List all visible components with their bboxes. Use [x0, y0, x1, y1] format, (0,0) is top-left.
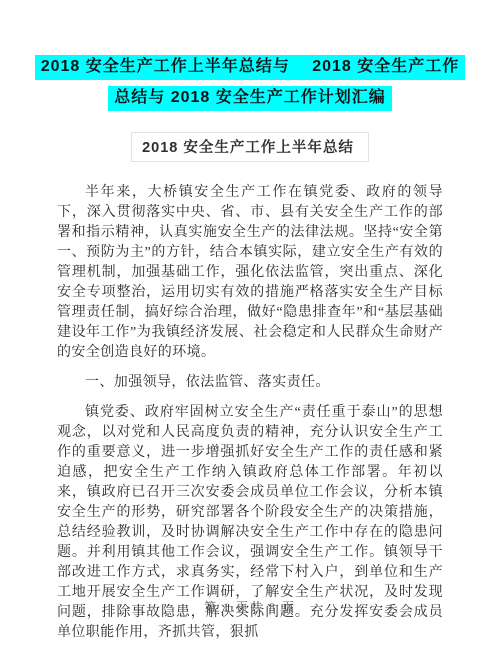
- document-body: 半年来，大桥镇安全生产工作在镇党委、政府的领导下，深入贯彻落实中央、省、市、县有…: [0, 183, 500, 643]
- title-line-2: 总结与 2018 安全生产工作计划汇编: [0, 86, 500, 111]
- page-footer: 第 1 页共 8 页: [0, 598, 500, 615]
- title-line-1: 2018 安全生产工作上半年总结与 2018 安全生产工作: [0, 55, 500, 80]
- document-subtitle: 2018 安全生产工作上半年总结: [131, 132, 369, 162]
- subtitle-row: 2018 安全生产工作上半年总结: [0, 132, 500, 162]
- paragraph-intro: 半年来，大桥镇安全生产工作在镇党委、政府的领导下，深入贯彻落实中央、省、市、县有…: [57, 183, 443, 363]
- page-number-label: 第 1 页共 8 页: [204, 600, 296, 614]
- title-line-1-highlight: 2018 安全生产工作上半年总结与 2018 安全生产工作: [35, 55, 466, 80]
- document-title: 2018 安全生产工作上半年总结与 2018 安全生产工作 总结与 2018 安…: [0, 55, 500, 111]
- title-line-2-highlight: 总结与 2018 安全生产工作计划汇编: [108, 86, 392, 111]
- paragraph-section-heading: 一、加强领导，依法监管、落实责任。: [57, 373, 443, 393]
- document-page: 2018 安全生产工作上半年总结与 2018 安全生产工作 总结与 2018 安…: [0, 0, 500, 648]
